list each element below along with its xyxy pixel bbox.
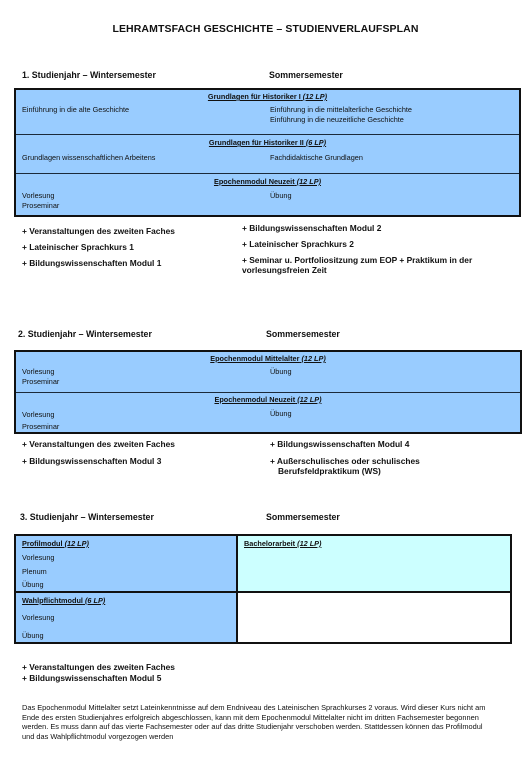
module-title: Epochenmodul Neuzeit (12 LP) bbox=[16, 395, 520, 404]
module-wahlpflicht: Wahlpflichtmodul (6 LP) Vorlesung Übung bbox=[16, 593, 238, 642]
module-grundlagen-2: Grundlagen für Historiker II (6 LP) Grun… bbox=[16, 134, 519, 173]
year1-winter-extras: + Veranstaltungen des zweiten Faches + L… bbox=[22, 223, 175, 271]
year3-summer-heading: Sommersemester bbox=[266, 512, 340, 522]
empty-cell bbox=[238, 593, 510, 642]
module-title: Grundlagen für Historiker I (12 LP) bbox=[16, 92, 519, 101]
module-title: Grundlagen für Historiker II (6 LP) bbox=[16, 138, 519, 147]
year1-summer-extras: + Bildungswissenschaften Modul 2 + Latei… bbox=[242, 220, 472, 275]
module-courses: Vorlesung Plenum Übung bbox=[22, 551, 54, 592]
module-title: Bachelorarbeit (12 LP) bbox=[244, 539, 321, 548]
module-summer-course: Übung bbox=[270, 191, 292, 201]
year2-winter-heading: 2. Studienjahr – Wintersemester bbox=[18, 329, 152, 339]
module-summer-courses: Einführung in die mittelalterliche Gesch… bbox=[270, 105, 412, 124]
year2-summer-extras: + Bildungswissenschaften Modul 4 + Außer… bbox=[270, 436, 420, 476]
module-courses: Vorlesung Übung bbox=[22, 609, 54, 645]
module-summer-course: Fachdidaktische Grundlagen bbox=[270, 153, 363, 163]
module-title: Epochenmodul Mittelalter (12 LP) bbox=[16, 354, 520, 363]
module-profil: Profilmodul (12 LP) Vorlesung Plenum Übu… bbox=[16, 536, 238, 593]
year2-module-table: Epochenmodul Mittelalter (12 LP) Vorlesu… bbox=[14, 350, 522, 434]
year2-summer-heading: Sommersemester bbox=[266, 329, 340, 339]
year2-winter-extras: + Veranstaltungen des zweiten Faches + B… bbox=[22, 436, 175, 470]
module-summer-course: Übung bbox=[270, 367, 292, 377]
year1-module-table: Grundlagen für Historiker I (12 LP) Einf… bbox=[14, 88, 521, 217]
module-summer-course: Übung bbox=[270, 409, 292, 419]
footnote: Das Epochenmodul Mittelalter setzt Latei… bbox=[22, 703, 492, 741]
year3-winter-heading: 3. Studienjahr – Wintersemester bbox=[20, 512, 154, 522]
module-title: Wahlpflichtmodul (6 LP) bbox=[22, 596, 105, 605]
module-winter-course: Einführung in die alte Geschichte bbox=[22, 105, 129, 115]
year3-module-grid: Profilmodul (12 LP) Vorlesung Plenum Übu… bbox=[14, 534, 512, 644]
module-epoche-neuzeit-2: Epochenmodul Neuzeit (12 LP) Vorlesung P… bbox=[16, 392, 520, 432]
year1-summer-heading: Sommersemester bbox=[269, 70, 343, 80]
year1-winter-heading: 1. Studienjahr – Wintersemester bbox=[22, 70, 156, 80]
module-winter-course: Grundlagen wissenschaftlichen Arbeitens bbox=[22, 153, 155, 163]
module-bachelorarbeit: Bachelorarbeit (12 LP) bbox=[238, 536, 510, 593]
module-winter-courses: Vorlesung Proseminar bbox=[22, 191, 59, 210]
page-title: LEHRAMTSFACH GESCHICHTE – STUDIENVERLAUF… bbox=[0, 23, 531, 35]
module-grundlagen-1: Grundlagen für Historiker I (12 LP) Einf… bbox=[16, 90, 519, 134]
module-title: Epochenmodul Neuzeit (12 LP) bbox=[16, 177, 519, 186]
module-epoche-neuzeit: Epochenmodul Neuzeit (12 LP) Vorlesung P… bbox=[16, 173, 519, 215]
module-winter-courses: Vorlesung Proseminar bbox=[22, 367, 59, 386]
module-title: Profilmodul (12 LP) bbox=[22, 539, 89, 548]
module-winter-courses: Vorlesung Proseminar bbox=[22, 409, 59, 433]
module-epoche-mittelalter: Epochenmodul Mittelalter (12 LP) Vorlesu… bbox=[16, 352, 520, 392]
year3-extras: + Veranstaltungen des zweiten Faches + B… bbox=[22, 662, 175, 683]
